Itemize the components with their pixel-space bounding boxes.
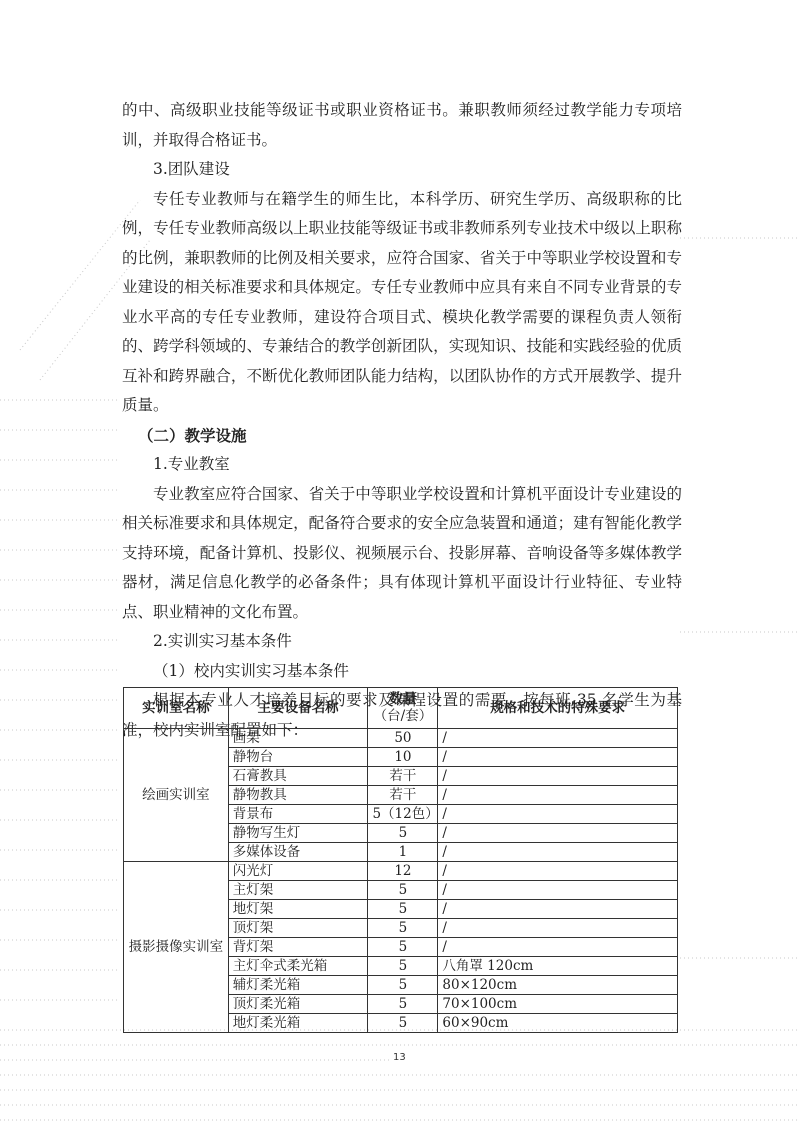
equipment-cell: 多媒体设备 <box>228 843 368 862</box>
spec-cell: / <box>438 900 678 919</box>
quantity-cell: 5 <box>368 976 438 995</box>
quantity-cell: 5 <box>368 900 438 919</box>
paragraph-teacher-certificates: 的中、高级职业技能等级证书或职业资格证书。兼职教师须经过教学能力专项培训，并取得… <box>122 96 682 155</box>
spec-cell: / <box>438 786 678 805</box>
equipment-cell: 主灯伞式柔光箱 <box>228 957 368 976</box>
quantity-cell: 10 <box>368 748 438 767</box>
quantity-cell: 5 <box>368 938 438 957</box>
equipment-cell: 背灯架 <box>228 938 368 957</box>
equipment-cell: 闪光灯 <box>228 862 368 881</box>
quantity-cell: 12 <box>368 862 438 881</box>
equipment-cell: 主灯架 <box>228 881 368 900</box>
equipment-cell: 地灯柔光箱 <box>228 1014 368 1033</box>
spec-cell: 70×100cm <box>438 995 678 1014</box>
equipment-cell: 静物教具 <box>228 786 368 805</box>
heading-on-campus-training: （1）校内实训实习基本条件 <box>122 657 682 687</box>
quantity-cell: 若干 <box>368 786 438 805</box>
spec-cell: 80×120cm <box>438 976 678 995</box>
spec-cell: / <box>438 919 678 938</box>
quantity-cell: 1 <box>368 843 438 862</box>
table-row: 摄影摄像实训室 闪光灯 12 / <box>124 862 678 881</box>
spec-cell: 60×90cm <box>438 1014 678 1033</box>
equipment-cell: 顶灯架 <box>228 919 368 938</box>
training-room-table: 实训室名称 主要设备名称 数量 （台/套） 规格和技术的特殊要求 绘画实训室 画… <box>123 687 678 1033</box>
page-number: 13 <box>393 1052 406 1063</box>
paragraph-professional-classroom: 专业教室应符合国家、省关于中等职业学校设置和计算机平面设计专业建设的相关标准要求… <box>122 480 682 628</box>
paragraph-team-building: 专任专业教师与在籍学生的师生比，本科学历、研究生学历、高级职称的比例，专任专业教… <box>122 185 682 421</box>
equipment-cell: 地灯架 <box>228 900 368 919</box>
spec-cell: / <box>438 729 678 748</box>
header-room-name: 实训室名称 <box>124 688 229 729</box>
equipment-cell: 辅灯柔光箱 <box>228 976 368 995</box>
header-equipment-name: 主要设备名称 <box>228 688 368 729</box>
quantity-cell: 50 <box>368 729 438 748</box>
quantity-cell: 5 <box>368 957 438 976</box>
spec-cell: / <box>438 767 678 786</box>
heading-team-building: 3.团队建设 <box>122 155 682 185</box>
equipment-cell: 背景布 <box>228 805 368 824</box>
table-header-row: 实训室名称 主要设备名称 数量 （台/套） 规格和技术的特殊要求 <box>124 688 678 729</box>
equipment-cell: 画架 <box>228 729 368 748</box>
spec-cell: / <box>438 862 678 881</box>
header-quantity: 数量 （台/套） <box>368 688 438 729</box>
quantity-cell: 5 <box>368 919 438 938</box>
document-page: 的中、高级职业技能等级证书或职业资格证书。兼职教师须经过教学能力专项培训，并取得… <box>0 0 800 1131</box>
table-row: 绘画实训室 画架 50 / <box>124 729 678 748</box>
heading-teaching-facilities: （二）教学设施 <box>122 421 682 451</box>
spec-cell: / <box>438 938 678 957</box>
quantity-cell: 若干 <box>368 767 438 786</box>
quantity-cell: 5（12色） <box>368 805 438 824</box>
header-quantity-line2: （台/套） <box>374 708 433 724</box>
equipment-cell: 石膏教具 <box>228 767 368 786</box>
header-spec: 规格和技术的特殊要求 <box>438 688 678 729</box>
equipment-cell: 顶灯柔光箱 <box>228 995 368 1014</box>
spec-cell: 八角罩 120cm <box>438 957 678 976</box>
header-quantity-line1: 数量 <box>389 691 416 707</box>
room-name-cell: 摄影摄像实训室 <box>124 862 229 1033</box>
spec-cell: / <box>438 805 678 824</box>
equipment-cell: 静物写生灯 <box>228 824 368 843</box>
heading-training-conditions: 2.实训实习基本条件 <box>122 627 682 657</box>
quantity-cell: 5 <box>368 824 438 843</box>
spec-cell: / <box>438 748 678 767</box>
spec-cell: / <box>438 824 678 843</box>
heading-professional-classroom: 1.专业教室 <box>122 450 682 480</box>
quantity-cell: 5 <box>368 1014 438 1033</box>
room-name-cell: 绘画实训室 <box>124 729 229 862</box>
equipment-cell: 静物台 <box>228 748 368 767</box>
body-text: 的中、高级职业技能等级证书或职业资格证书。兼职教师须经过教学能力专项培训，并取得… <box>122 96 682 745</box>
quantity-cell: 5 <box>368 881 438 900</box>
quantity-cell: 5 <box>368 995 438 1014</box>
spec-cell: / <box>438 881 678 900</box>
spec-cell: / <box>438 843 678 862</box>
